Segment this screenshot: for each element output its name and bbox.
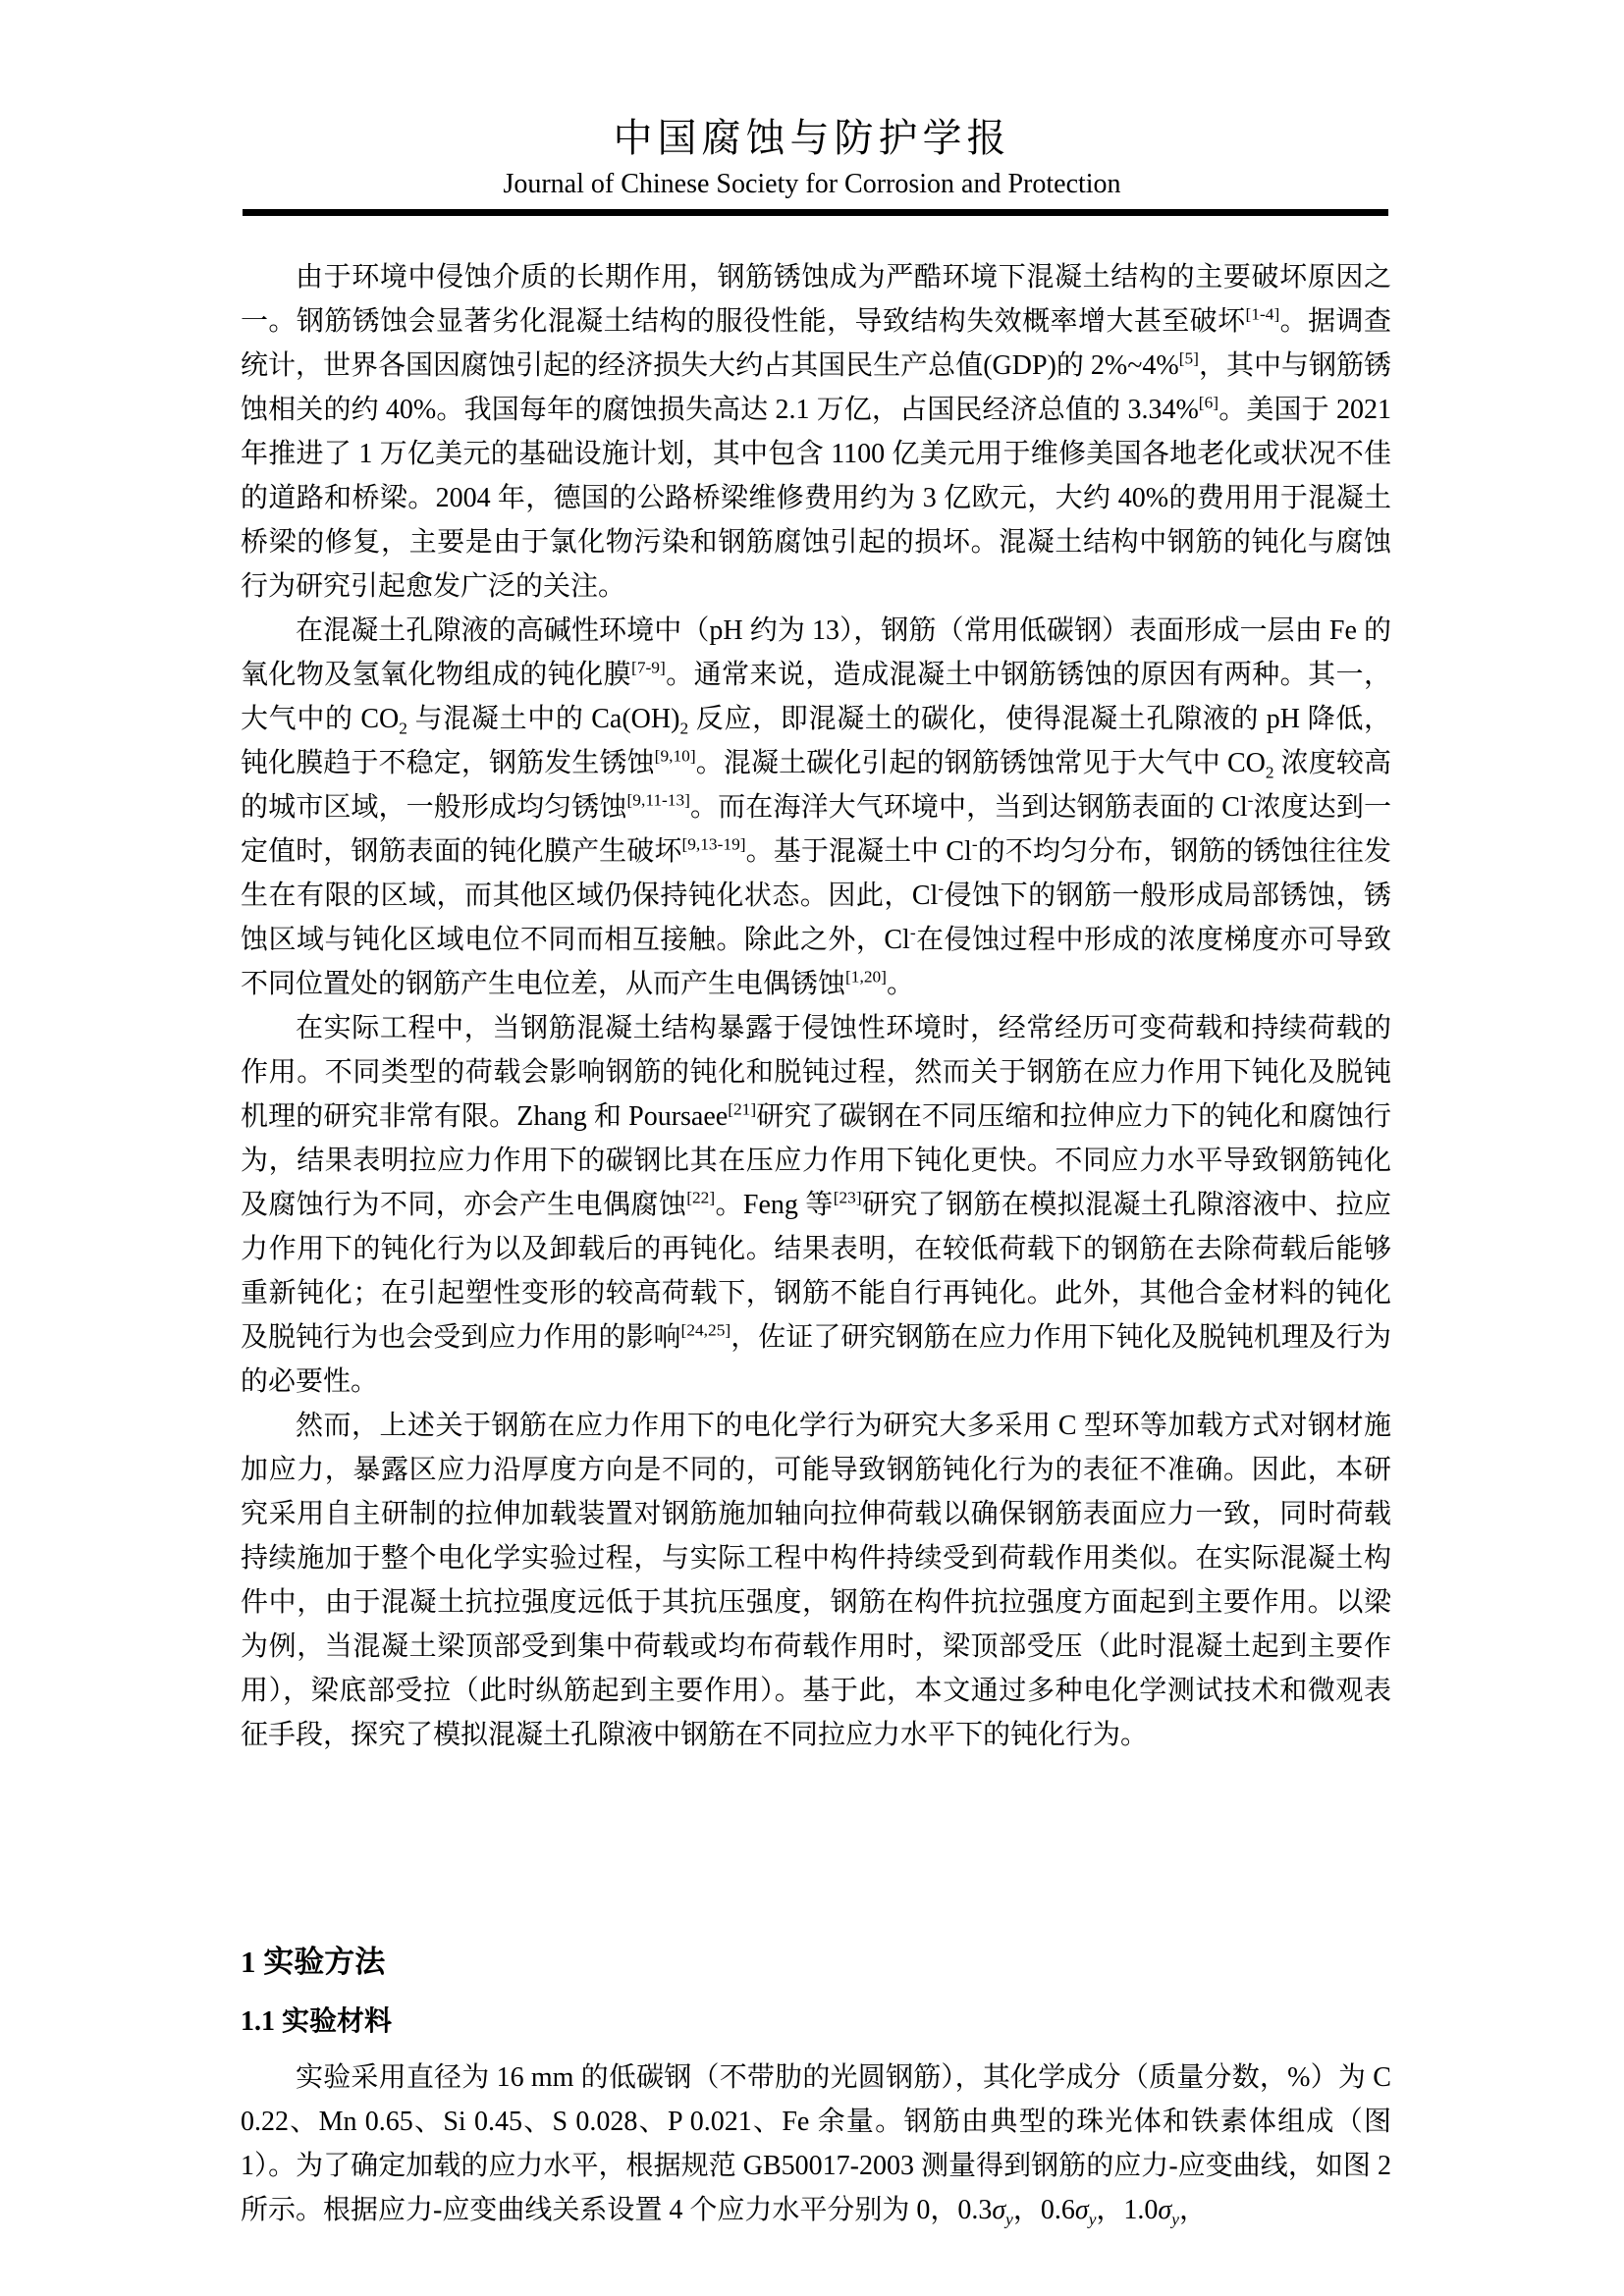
journal-title-chinese: 中国腐蚀与防护学报 bbox=[0, 118, 1624, 159]
text-run: 。混凝土碳化引起的钢筋锈蚀常见于大气中 CO bbox=[696, 748, 1266, 778]
paragraph: 在混凝土孔隙液的高碱性环境中（pH 约为 13），钢筋（常用低碳钢）表面形成一层… bbox=[241, 609, 1391, 1006]
citation-ref: [9,10] bbox=[655, 747, 696, 766]
text-run: 与混凝土中的 Ca(OH) bbox=[407, 704, 680, 734]
document-page: 中国腐蚀与防护学报 Journal of Chinese Society for… bbox=[0, 0, 1624, 2296]
italic-symbol: σ bbox=[992, 2195, 1005, 2225]
text-run: ，0.6 bbox=[1013, 2195, 1075, 2225]
header-divider-rule bbox=[243, 209, 1388, 216]
citation-ref: [1,20] bbox=[845, 968, 887, 987]
paragraph: 然而，上述关于钢筋在应力作用下的电化学行为研究大多采用 C 型环等加载方式对钢材… bbox=[241, 1404, 1391, 1757]
article-body: 由于环境中侵蚀介质的长期作用，钢筋锈蚀成为严酷环境下混凝土结构的主要破坏原因之一… bbox=[241, 255, 1391, 2232]
italic-symbol: σ bbox=[1158, 2195, 1171, 2225]
text-run: 然而，上述关于钢筋在应力作用下的电化学行为研究大多采用 C 型环等加载方式对钢材… bbox=[241, 1411, 1391, 1750]
text-run: 。而在海洋大气环境中，当到达钢筋表面的 Cl bbox=[690, 792, 1248, 823]
subscript: y bbox=[1005, 2211, 1013, 2229]
italic-symbol: σ bbox=[1075, 2195, 1089, 2225]
text-run: 。 bbox=[887, 969, 914, 999]
subscript: 2 bbox=[399, 720, 407, 738]
citation-ref: [9,11-13] bbox=[627, 791, 690, 810]
paragraph: 实验采用直径为 16 mm 的低碳钢（不带肋的光圆钢筋），其化学成分（质量分数，… bbox=[241, 2056, 1391, 2232]
citation-ref: [21] bbox=[728, 1100, 756, 1119]
citation-ref: [7-9] bbox=[631, 659, 666, 677]
paragraph: 由于环境中侵蚀介质的长期作用，钢筋锈蚀成为严酷环境下混凝土结构的主要破坏原因之一… bbox=[241, 255, 1391, 609]
text-run: 。Feng 等 bbox=[715, 1190, 834, 1220]
citation-ref: [6] bbox=[1199, 394, 1218, 412]
section-heading: 1 实验方法 bbox=[241, 1940, 1391, 1984]
citation-ref: [23] bbox=[834, 1189, 862, 1207]
subsection-heading: 1.1 实验材料 bbox=[241, 2000, 1391, 2044]
subscript: y bbox=[1171, 2211, 1179, 2229]
citation-ref: [5] bbox=[1179, 349, 1199, 368]
citation-ref: [24,25] bbox=[681, 1321, 731, 1340]
text-run: ， bbox=[1179, 2195, 1207, 2225]
subscript: 2 bbox=[679, 720, 688, 738]
text-run: 。美国于 2021 年推进了 1 万亿美元的基础设施计划，其中包含 1100 亿… bbox=[241, 395, 1391, 602]
journal-title-english: Journal of Chinese Society for Corrosion… bbox=[0, 169, 1624, 200]
text-run: 实验采用直径为 16 mm 的低碳钢（不带肋的光圆钢筋），其化学成分（质量分数，… bbox=[241, 2062, 1391, 2225]
text-run: 。基于混凝土中 Cl bbox=[746, 836, 972, 867]
paragraph: 在实际工程中，当钢筋混凝土结构暴露于侵蚀性环境时，经常经历可变荷载和持续荷载的作… bbox=[241, 1006, 1391, 1404]
citation-ref: [1-4] bbox=[1246, 305, 1280, 324]
text-run: ，1.0 bbox=[1096, 2195, 1158, 2225]
text-run: 由于环境中侵蚀介质的长期作用，钢筋锈蚀成为严酷环境下混凝土结构的主要破坏原因之一… bbox=[241, 262, 1391, 337]
citation-ref: [9,13-19] bbox=[681, 835, 745, 854]
citation-ref: [22] bbox=[686, 1189, 715, 1207]
subscript: 2 bbox=[1266, 764, 1274, 782]
